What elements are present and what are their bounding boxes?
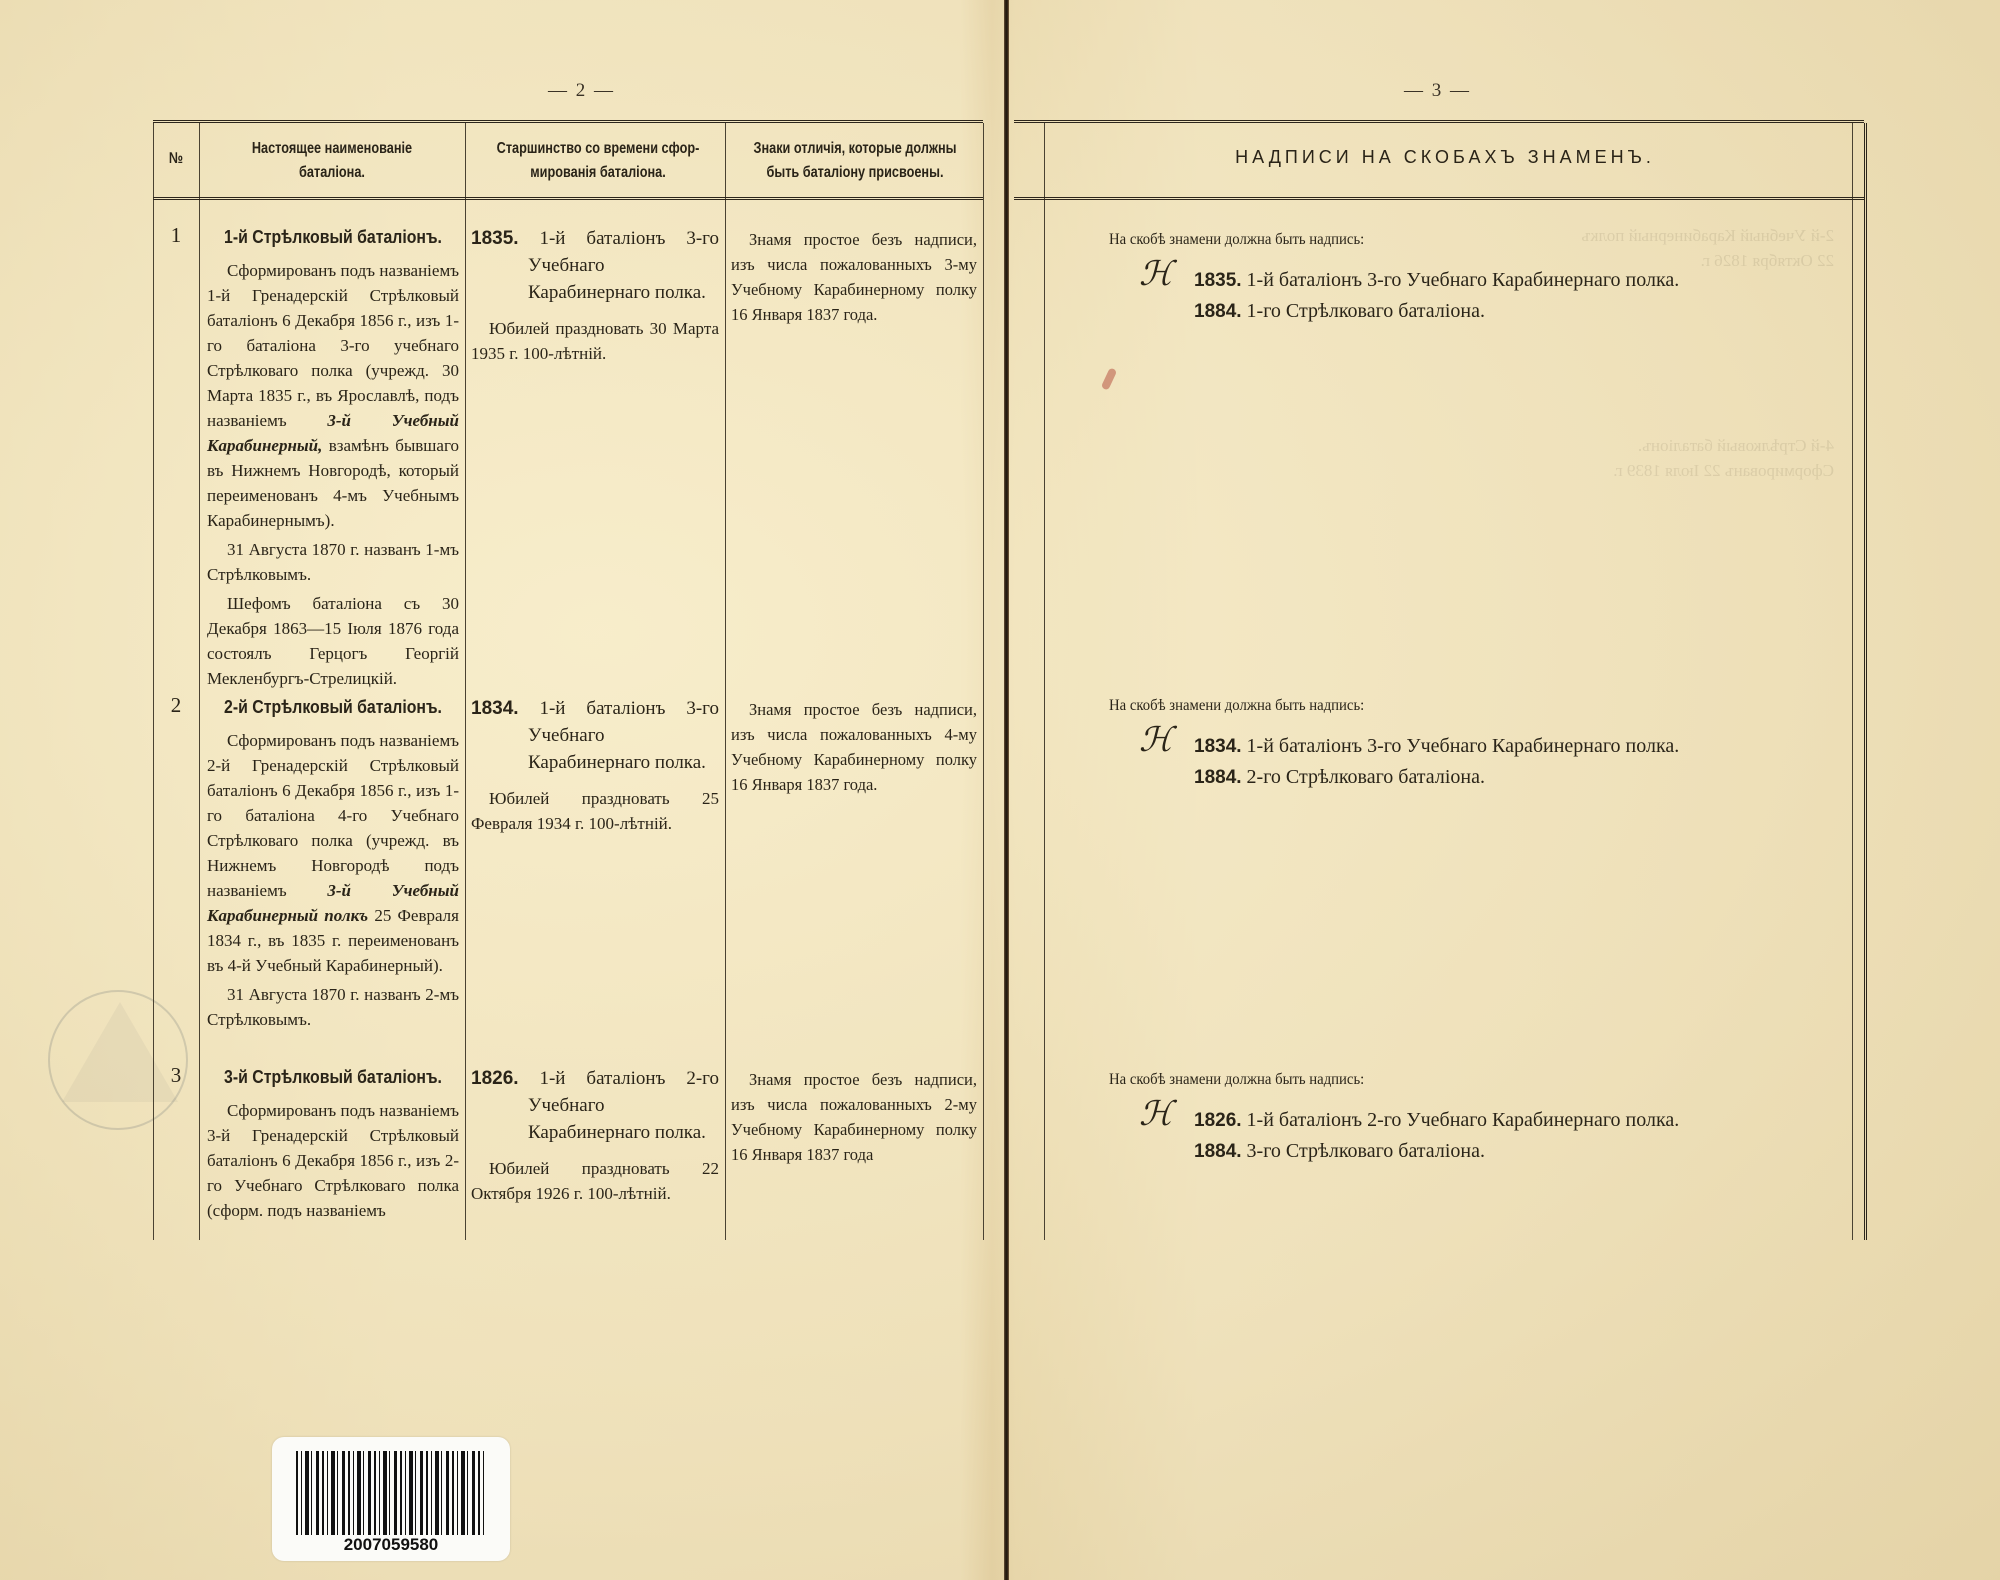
row-number: 3	[153, 1063, 199, 1088]
seniority-cell: 1834. 1-й баталіонъ 3-го Учебнаго Караби…	[471, 695, 719, 836]
book-spread: — 2 — № Настоящее наименованіе баталіона…	[0, 0, 2000, 1580]
insignia-cell: Знамя простое безъ надписи, изъ числа по…	[731, 697, 977, 797]
seniority-cell: 1835. 1-й баталіонъ 3-го Учебнаго Караби…	[471, 225, 719, 366]
row-number: 2	[153, 693, 199, 718]
inscription-text: 1-й баталіонъ 2-го Учебнаго Карабинернаг…	[1247, 1109, 1680, 1131]
history-text: Сформированъ подъ названіемъ 2-й Гренаде…	[207, 731, 459, 900]
seniority-year: 1835.	[471, 228, 519, 249]
header-insignia: Знаки отличія, которые должны быть батал…	[753, 137, 956, 185]
seniority-cell: 1826. 1-й баталіонъ 2-го Учебнаго Караби…	[471, 1065, 719, 1206]
jubilee-text: Юбилей праздновать 30 Марта 1935 г. 100-…	[471, 316, 719, 366]
battalion-name-cell: 1-й Стрѣлковый баталіонъ. Сформированъ п…	[207, 225, 459, 695]
inscription-year: 1834.	[1194, 736, 1242, 757]
header-seniority: Старшинство со времени сфор-мированія ба…	[494, 137, 702, 185]
history-text: Сформированъ подъ названіемъ 3-й Гренаде…	[207, 1098, 459, 1223]
inscriptions-table: НАДПИСИ НА СКОБАХЪ ЗНАМЕНЪ. 2-й Учебный …	[1014, 120, 1864, 1240]
inscription-year: 1884.	[1194, 1141, 1242, 1162]
battalion-title: 2-й Стрѣлковый баталіонъ.	[222, 695, 444, 720]
jubilee-text: Юбилей праздновать 25 Февраля 1934 г. 10…	[471, 786, 719, 836]
battalion-name-cell: 2-й Стрѣлковый баталіонъ. Сформированъ п…	[207, 695, 459, 1036]
header-name: Настоящее наименованіе баталіона.	[231, 137, 433, 185]
inscription-text: 1-й баталіонъ 3-го Учебнаго Карабинернаг…	[1247, 269, 1680, 291]
seniority-text: 1-й баталіонъ 3-го Учебнаго Карабинернаг…	[528, 698, 719, 773]
inscription-intro: На скобѣ знамени должна быть надпись:	[1109, 1071, 1771, 1089]
right-page: — 3 — НАДПИСИ НА СКОБАХЪ ЗНАМЕНЪ. 2-й Уч…	[1004, 0, 2000, 1580]
history-text: 31 Августа 1870 г. названъ 2-мъ Стрѣлков…	[207, 982, 459, 1032]
battalion-name-cell: 3-й Стрѣлковый баталіонъ. Сформированъ п…	[207, 1065, 459, 1227]
inscription-intro: На скобѣ знамени должна быть надпись:	[1109, 231, 1771, 249]
seniority-year: 1834.	[471, 698, 519, 719]
inscription-intro: На скобѣ знамени должна быть надпись:	[1109, 697, 1771, 715]
left-page: — 2 — № Настоящее наименованіе баталіона…	[0, 0, 1004, 1580]
imperial-monogram-icon: ℋ	[1139, 259, 1173, 289]
barcode-number: 2007059580	[272, 1535, 510, 1555]
seniority-text: 1-й баталіонъ 3-го Учебнаго Карабинернаг…	[528, 228, 719, 303]
inscription-block: На скобѣ знамени должна быть надпись: ℋ …	[1109, 1071, 1829, 1167]
jubilee-text: Юбилей праздновать 22 Октября 1926 г. 10…	[471, 1156, 719, 1206]
history-text: Шефомъ баталіона съ 30 Декабря 1863—15 І…	[207, 591, 459, 691]
page-number-right: — 3 —	[1404, 80, 1471, 102]
insignia-cell: Знамя простое безъ надписи, изъ числа по…	[731, 1067, 977, 1167]
barcode-label: 2007059580	[272, 1437, 510, 1561]
inscription-block: На скобѣ знамени должна быть надпись: ℋ …	[1109, 697, 1829, 793]
row-number: 1	[153, 223, 199, 248]
inscription-year: 1835.	[1194, 270, 1242, 291]
header-inscriptions: НАДПИСИ НА СКОБАХЪ ЗНАМЕНЪ.	[1034, 147, 1856, 168]
header-number: №	[157, 147, 195, 171]
history-text: Сформированъ подъ названіемъ 1-й Гренаде…	[207, 261, 459, 430]
history-text: 31 Августа 1870 г. названъ 1-мъ Стрѣлков…	[207, 537, 459, 587]
inscription-block: На скобѣ знамени должна быть надпись: ℋ …	[1109, 231, 1829, 327]
insignia-cell: Знамя простое безъ надписи, изъ числа по…	[731, 227, 977, 327]
inscription-text: 1-й баталіонъ 3-го Учебнаго Карабинернаг…	[1247, 735, 1680, 757]
inscription-text: 2-го Стрѣлковаго баталіона.	[1247, 766, 1485, 788]
seniority-text: 1-й баталіонъ 2-го Учебнаго Карабинернаг…	[528, 1068, 719, 1143]
battalion-title: 1-й Стрѣлковый баталіонъ.	[222, 225, 444, 250]
page-number-left: — 2 —	[548, 80, 615, 102]
battalion-title: 3-й Стрѣлковый баталіонъ.	[222, 1065, 444, 1090]
inscription-year: 1884.	[1194, 301, 1242, 322]
imperial-monogram-icon: ℋ	[1139, 1099, 1173, 1129]
inscription-text: 3-го Стрѣлковаго баталіона.	[1247, 1140, 1485, 1162]
seniority-year: 1826.	[471, 1068, 519, 1089]
inscription-year: 1826.	[1194, 1110, 1242, 1131]
inscription-text: 1-го Стрѣлковаго баталіона.	[1247, 300, 1485, 322]
barcode-bars	[296, 1451, 486, 1535]
battalion-table: № Настоящее наименованіе баталіона. Стар…	[153, 120, 983, 1240]
inscription-year: 1884.	[1194, 767, 1242, 788]
imperial-monogram-icon: ℋ	[1139, 725, 1173, 755]
